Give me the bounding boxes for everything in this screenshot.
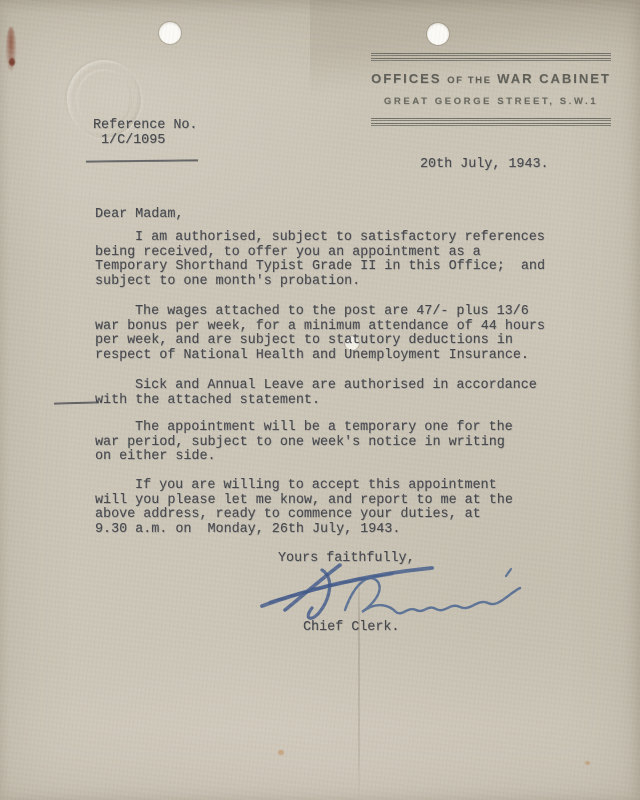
letterhead-title-ofthe: OF THE (447, 75, 491, 86)
paragraph: Sick and Annual Leave are authorised in … (95, 379, 575, 408)
punch-hole-left (159, 22, 181, 44)
paper-speck (278, 750, 284, 755)
punch-hole-right (427, 23, 449, 45)
letterhead-title-offices: OFFICES (371, 71, 441, 86)
letterhead: OFFICES OF THE WAR CABINET GREAT GEORGE … (371, 50, 611, 130)
letter-line: with the attached statement. (95, 394, 575, 409)
letter-line: on either side. (95, 450, 575, 465)
letter-line: will you please let me know, and report … (95, 494, 575, 509)
letterhead-title: OFFICES OF THE WAR CABINET (371, 71, 611, 86)
margin-pencil-mark (54, 401, 99, 404)
reference-underline (86, 159, 198, 162)
paragraph: The wages attached to the post are 47/- … (95, 305, 575, 364)
paragraph: I am authorised, subject to satisfactory… (95, 231, 575, 290)
letter-line: subject to one month's probation. (95, 275, 575, 290)
letterhead-rule (371, 118, 611, 121)
reference-number: 1/C/1095 (93, 134, 197, 149)
paper-speck (585, 761, 590, 765)
letterhead-rule (371, 58, 611, 61)
paragraph: If you are willing to accept this appoin… (95, 479, 575, 538)
letter-line: per week, and are subject to statutory d… (95, 334, 575, 349)
letter-line: The appointment will be a temporary one … (95, 421, 575, 436)
letter-line: Sick and Annual Leave are authorised in … (95, 379, 575, 394)
letter-line: above address, ready to commence your du… (95, 508, 575, 523)
letter-line: respect of National Health and Unemploym… (95, 349, 575, 364)
letterhead-title-warcabinet: WAR CABINET (497, 71, 611, 86)
letter-line: I am authorised, subject to satisfactory… (95, 231, 575, 246)
reference-block: Reference No. 1/C/1095 (93, 119, 197, 148)
letter-line: war bonus per week, for a minimum attend… (95, 320, 575, 335)
letter-line: If you are willing to accept this appoin… (95, 479, 575, 494)
letter-line: 9.30 a.m. on Monday, 26th July, 1943. (95, 523, 575, 538)
letter-line: Temporary Shorthand Typist Grade II in t… (95, 260, 575, 275)
letter-line: being received, to offer you an appointm… (95, 246, 575, 261)
letterhead-rule (371, 53, 611, 56)
letter-date: 20th July, 1943. (420, 157, 549, 172)
ink-stain-dot (9, 58, 15, 66)
letterhead-rule (371, 123, 611, 126)
letter-line: war period, subject to one week's notice… (95, 436, 575, 451)
letter-page: OFFICES OF THE WAR CABINET GREAT GEORGE … (0, 0, 640, 800)
letterhead-address: GREAT GEORGE STREET, S.W.1 (371, 96, 611, 107)
letter-line: The wages attached to the post are 47/- … (95, 305, 575, 320)
signoff-title: Chief Clerk. (303, 620, 399, 635)
paragraph: The appointment will be a temporary one … (95, 421, 575, 465)
salutation: Dear Madam, (95, 207, 183, 222)
reference-label: Reference No. (93, 119, 197, 134)
